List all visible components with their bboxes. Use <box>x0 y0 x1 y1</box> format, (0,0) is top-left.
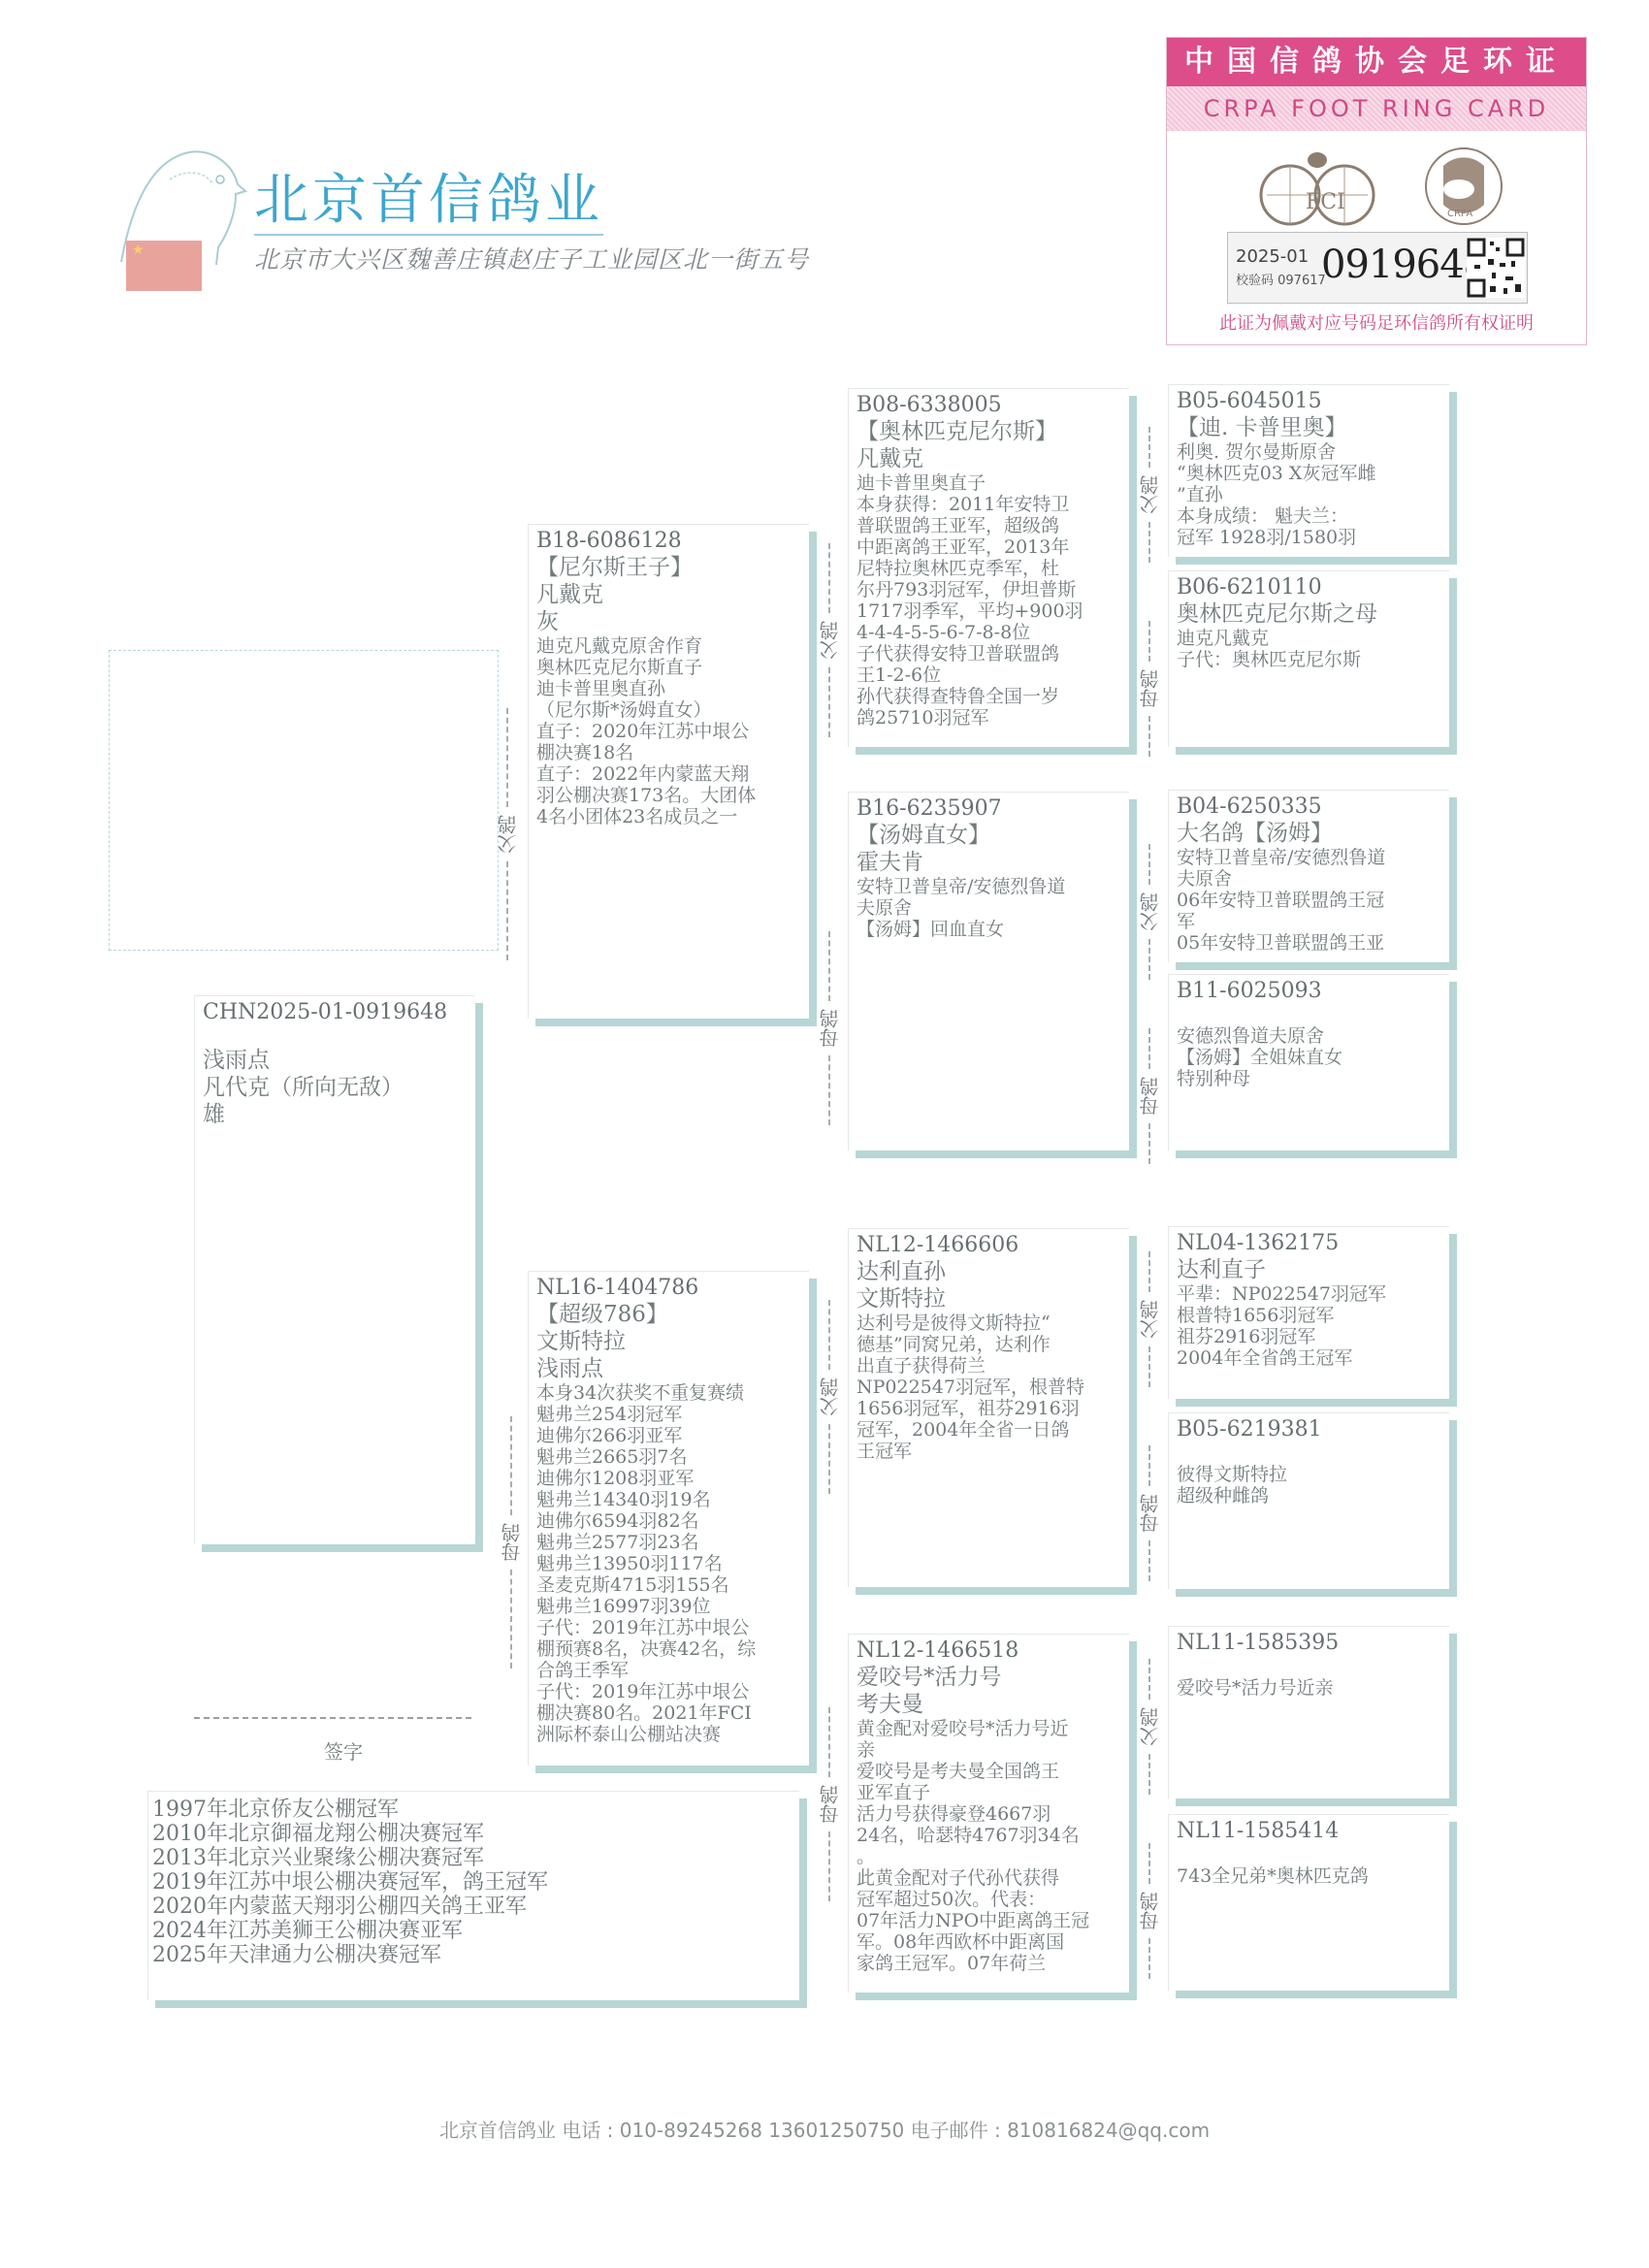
dam-sire-note: 出直子获得荷兰 <box>857 1355 1121 1377</box>
gen3-note: 利奥. 贺尔曼斯原舍 <box>1177 441 1441 463</box>
sire-connector: 父鸽 <box>493 708 522 960</box>
dam-sire-note: 冠军，2004年全省一日鸽 <box>857 1419 1121 1441</box>
achievement-item: 2020年内蒙蓝天翔羽公棚四关鸽王亚军 <box>152 1895 795 1919</box>
gen3-connector: 母鸽 <box>1135 1843 1164 1979</box>
gen3-ring-number: B11-6025093 <box>1177 979 1441 1004</box>
subject-ring-number: CHN2025-01-0919648 <box>203 1000 468 1025</box>
dam-note: 魁弗兰2577羽23名 <box>536 1532 801 1553</box>
gen3-connector: 父鸽 <box>1135 1659 1164 1795</box>
foot-ring-card: 中国信鸽协会足环证 CRPA FOOT RING CARD FCI CRPA 2… <box>1166 37 1587 345</box>
dam-dam-connector: 母鸽 <box>815 1707 844 1901</box>
gen3-note: 祖芬2916羽冠军 <box>1177 1326 1441 1347</box>
gen3-note: 爱咬号*活力号近亲 <box>1177 1677 1441 1699</box>
gen3-connector: 父鸽 <box>1135 844 1164 980</box>
sire-dam-note: 安特卫普皇帝/安德烈鲁道 <box>857 876 1121 897</box>
sire-color: 灰 <box>536 608 801 635</box>
gen3-ring-number: NL11-1585395 <box>1177 1631 1441 1656</box>
sire-strain: 凡戴克 <box>536 581 801 608</box>
company-name: 北京首信鸽业 <box>254 170 603 236</box>
dam-label: 母鸽 <box>498 1515 526 1570</box>
dam-name: 【超级786】 <box>536 1301 801 1328</box>
gen3-card-7: NL11-1585395 爱咬号*活力号近亲 <box>1168 1626 1449 1798</box>
gen3-note: 06年安特卫普联盟鸽王冠 <box>1177 890 1441 911</box>
qr-code-icon <box>1467 238 1525 298</box>
sire-card: B18-6086128 【尼尔斯王子】 凡戴克 灰 迪克凡戴克原舍作育 奥林匹克… <box>528 524 809 1019</box>
sire-note: 4名小团体23名成员之一 <box>536 806 801 827</box>
sire-note: 羽公棚决赛173名。大团体 <box>536 785 801 806</box>
dam-note: 魁弗兰2665羽7名 <box>536 1446 801 1468</box>
dam-sire-strain: 文斯特拉 <box>857 1285 1121 1312</box>
gen3-name: 大名鸽【汤姆】 <box>1177 820 1441 847</box>
gen3-note: “奥林匹克03 X灰冠军雌 <box>1177 463 1441 484</box>
dam-dam-note: 家鸽王冠军。07年荷兰 <box>857 1953 1121 1974</box>
gen3-note: 冠军 1928羽/1580羽 <box>1177 527 1441 548</box>
dam-card: NL16-1404786 【超级786】 文斯特拉 浅雨点 本身34次获奖不重复… <box>528 1271 809 1766</box>
dam-note: 洲际杯泰山公棚站决赛 <box>536 1724 801 1745</box>
dam-label: 母鸽 <box>1136 1884 1164 1938</box>
dam-note: 圣麦克斯4715羽155名 <box>536 1574 801 1596</box>
sire-label: 父鸽 <box>1136 468 1164 522</box>
sire-dam-strain: 霍夫肯 <box>857 849 1121 876</box>
sire-sire-note: 鸽25710羽冠军 <box>857 707 1121 729</box>
dam-dam-note: 24名，哈瑟特4767羽34名 <box>857 1825 1121 1846</box>
achievement-item: 2019年江苏中垠公棚决赛冠军，鸽王冠军 <box>152 1870 795 1895</box>
dam-sire-note: 德基”同窝兄弟，达利作 <box>857 1334 1121 1355</box>
gen3-note: 夫原舍 <box>1177 868 1441 890</box>
sire-sire-ring-number: B08-6338005 <box>857 393 1121 418</box>
dam-label: 母鸽 <box>1136 1486 1164 1540</box>
sire-label: 父鸽 <box>1136 1700 1164 1754</box>
dam-dam-note: 冠军超过50次。代表： <box>857 1889 1121 1910</box>
photo-placeholder <box>109 650 499 951</box>
achievement-item: 2024年江苏美狮王公棚决赛亚军 <box>152 1919 795 1943</box>
dam-dam-note: 爱咬号是考夫曼全国鸽王 <box>857 1761 1121 1782</box>
dam-sire-note: NP022547羽冠军，根普特 <box>857 1377 1121 1398</box>
gen3-note: ”直孙 <box>1177 484 1441 505</box>
crpa-dove-logo-icon: CRPA <box>1424 146 1503 226</box>
ring-card-footer-note: 此证为佩戴对应号码足环信鸽所有权证明 <box>1167 309 1586 335</box>
dam-note: 棚预赛8名，决赛42名，综 <box>536 1638 801 1660</box>
gen3-ring-number: NL11-1585414 <box>1177 1819 1441 1844</box>
sire-sire-note: 1717羽季军，平均+900羽 <box>857 600 1121 622</box>
sire-note: 直子：2020年江苏中垠公 <box>536 721 801 742</box>
ring-card-title-en: CRPA FOOT RING CARD <box>1167 86 1586 131</box>
achievement-item: 1997年北京侨友公棚冠军 <box>152 1798 795 1822</box>
sire-sire-note: 尔丹793羽冠军，伊坦普斯 <box>857 579 1121 600</box>
dam-sire-name: 达利直孙 <box>857 1258 1121 1285</box>
sire-dam-note: 夫原舍 <box>857 897 1121 919</box>
gen3-note: 迪克凡戴克 <box>1177 628 1441 649</box>
dam-dam-card: NL12-1466518 爱咬号*活力号 考夫曼 黄金配对爱咬号*活力号近 亲 … <box>848 1634 1129 1993</box>
sire-sire-note: 子代获得安特卫普联盟鸽 <box>857 643 1121 664</box>
sire-note: 直子：2022年内蒙蓝天翔 <box>536 763 801 785</box>
sire-label: 父鸽 <box>816 1370 844 1424</box>
dam-strain: 文斯特拉 <box>536 1328 801 1355</box>
china-flag-icon: ★ <box>126 241 202 291</box>
sire-note: （尼尔斯*汤姆直女） <box>536 699 801 721</box>
dam-dam-note: 活力号获得豪登4667羽 <box>857 1803 1121 1825</box>
sire-ring-number: B18-6086128 <box>536 529 801 554</box>
achievement-item: 2010年北京御福龙翔公棚决赛冠军 <box>152 1822 795 1846</box>
gen3-name: 达利直子 <box>1177 1256 1441 1283</box>
sire-sire-note: 普联盟鸽王亚军，超级鸽 <box>857 515 1121 536</box>
dam-dam-note: 亲 <box>857 1739 1121 1761</box>
dam-note: 魁弗兰16997羽39位 <box>536 1596 801 1617</box>
sire-note: 奥林匹克尼尔斯直子 <box>536 657 801 678</box>
contact-footer: 北京首信鸽业 电话 : 010-89245268 13601250750 电子邮… <box>0 2115 1649 2143</box>
dam-dam-note: 此黄金配对子代孙代获得 <box>857 1867 1121 1889</box>
sire-dam-connector: 母鸽 <box>815 931 844 1125</box>
sire-label: 父鸽 <box>1136 885 1164 939</box>
sire-label: 父鸽 <box>1136 1292 1164 1346</box>
gen3-note: 本身成绩： 魁夫兰： <box>1177 505 1441 527</box>
ring-number-panel: 2025-01 校验码 097617 0919648 <box>1227 232 1528 304</box>
sire-name: 【尼尔斯王子】 <box>536 554 801 581</box>
dam-note: 魁弗兰13950羽117名 <box>536 1553 801 1574</box>
sire-note: 迪卡普里奥直孙 <box>536 678 801 699</box>
gen3-note: 特别种母 <box>1177 1068 1441 1089</box>
gen3-card-1: B05-6045015 【迪. 卡普里奥】 利奥. 贺尔曼斯原舍 “奥林匹克03… <box>1168 384 1449 557</box>
gen3-card-8: NL11-1585414 743全兄弟*奥林匹克鸽 <box>1168 1814 1449 1991</box>
svg-text:FCI: FCI <box>1306 190 1345 214</box>
gen3-connector: 父鸽 <box>1135 427 1164 563</box>
dam-note: 魁弗兰254羽冠军 <box>536 1404 801 1425</box>
dam-note: 合鸽王季军 <box>536 1660 801 1681</box>
dam-note: 迪佛尔266羽亚军 <box>536 1425 801 1446</box>
dam-dam-name: 爱咬号*活力号 <box>857 1664 1121 1691</box>
achievement-item: 2013年北京兴业聚缘公棚决赛冠军 <box>152 1846 795 1870</box>
sire-label: 父鸽 <box>494 807 522 861</box>
achievements-panel: 1997年北京侨友公棚冠军 2010年北京御福龙翔公棚决赛冠军 2013年北京兴… <box>147 1791 799 2000</box>
gen3-note: 05年安特卫普联盟鸽王亚 <box>1177 932 1441 954</box>
dam-sire-ring-number: NL12-1466606 <box>857 1233 1121 1258</box>
dam-sire-note: 达利号是彼得文斯特拉“ <box>857 1312 1121 1334</box>
dam-connector: 母鸽 <box>497 1416 526 1669</box>
gen3-note: 彼得文斯特拉 <box>1177 1464 1441 1485</box>
sire-sire-name: 【奥林匹克尼尔斯】 <box>857 418 1121 445</box>
dam-label: 母鸽 <box>1136 1069 1164 1123</box>
gen3-ring-number: NL04-1362175 <box>1177 1231 1441 1256</box>
gen3-note: 【汤姆】全姐妹直女 <box>1177 1047 1441 1068</box>
sire-sire-connector: 父鸽 <box>815 543 844 737</box>
gen3-connector: 母鸽 <box>1135 1445 1164 1581</box>
dam-dam-ring-number: NL12-1466518 <box>857 1638 1121 1664</box>
dam-label: 母鸽 <box>816 1001 844 1055</box>
sire-dam-card: B16-6235907 【汤姆直女】 霍夫肯 安特卫普皇帝/安德烈鲁道 夫原舍 … <box>848 792 1129 1150</box>
gen3-connector: 父鸽 <box>1135 1251 1164 1387</box>
gen3-card-2: B06-6210110 奥林匹克尼尔斯之母 迪克凡戴克 子代：奥林匹克尼尔斯 <box>1168 570 1449 747</box>
gen3-name: 奥林匹克尼尔斯之母 <box>1177 600 1441 628</box>
dam-dam-note: 。 <box>857 1846 1121 1867</box>
dam-color: 浅雨点 <box>536 1355 801 1382</box>
sire-dam-ring-number: B16-6235907 <box>857 796 1121 822</box>
sire-label: 父鸽 <box>816 613 844 667</box>
ring-check-code: 校验码 097617 <box>1236 270 1326 288</box>
company-address: 北京市大兴区魏善庄镇赵庄子工业园区北一街五号 <box>254 241 809 275</box>
gen3-note: 2004年全省鸽王冠军 <box>1177 1347 1441 1369</box>
ring-card-title-cn: 中国信鸽协会足环证 <box>1167 38 1586 86</box>
dam-sire-connector: 父鸽 <box>815 1300 844 1494</box>
gen3-card-5: NL04-1362175 达利直子 平辈：NP022547羽冠军 根普特1656… <box>1168 1226 1449 1399</box>
signature-line <box>194 1717 471 1719</box>
sire-note: 迪克凡戴克原舍作育 <box>536 635 801 657</box>
gen3-note: 743全兄弟*奥林匹克鸽 <box>1177 1865 1441 1887</box>
subject-bird-card: CHN2025-01-0919648 浅雨点 凡代克（所向无敌） 雄 <box>194 995 475 1544</box>
gen3-ring-number: B05-6045015 <box>1177 389 1441 414</box>
gen3-ring-number: B06-6210110 <box>1177 575 1441 600</box>
gen3-ring-number: B04-6250335 <box>1177 794 1441 820</box>
gen3-note: 安特卫普皇帝/安德烈鲁道 <box>1177 847 1441 868</box>
dam-dam-note: 黄金配对爱咬号*活力号近 <box>857 1718 1121 1739</box>
gen3-card-6: B05-6219381 彼得文斯特拉 超级种雌鸽 <box>1168 1412 1449 1589</box>
dam-sire-card: NL12-1466606 达利直孙 文斯特拉 达利号是彼得文斯特拉“ 德基”同窝… <box>848 1228 1129 1587</box>
ring-number: 0919648 <box>1321 243 1487 287</box>
achievement-item: 2025年天津通力公棚决赛冠军 <box>152 1943 795 1967</box>
fci-globe-logo-icon: FCI <box>1259 145 1375 227</box>
dam-dam-note: 07年活力NPO中距离鸽王冠 <box>857 1910 1121 1931</box>
gen3-ring-number: B05-6219381 <box>1177 1417 1441 1442</box>
sire-sire-note: 王1-2-6位 <box>857 664 1121 686</box>
ring-date: 2025-01 <box>1236 246 1309 267</box>
gen3-connector: 母鸽 <box>1135 621 1164 757</box>
sire-sire-note: 迪卡普里奥直子 <box>857 472 1121 494</box>
dam-note: 棚决赛80名。2021年FCI <box>536 1702 801 1724</box>
dam-note: 迪佛尔1208羽亚军 <box>536 1468 801 1489</box>
gen3-card-4: B11-6025093 安德烈鲁道夫原舍 【汤姆】全姐妹直女 特别种母 <box>1168 974 1449 1150</box>
gen3-note: 超级种雌鸽 <box>1177 1485 1441 1507</box>
signature-label: 签字 <box>324 1736 363 1765</box>
dam-sire-note: 1656羽冠军，祖芬2916羽 <box>857 1398 1121 1419</box>
sire-dam-name: 【汤姆直女】 <box>857 822 1121 849</box>
sire-sire-note: 孙代获得查特鲁全国一岁 <box>857 686 1121 707</box>
gen3-name: 【迪. 卡普里奥】 <box>1177 414 1441 441</box>
sire-sire-note: 本身获得：2011年安特卫 <box>857 494 1121 515</box>
dam-dam-note: 亚军直子 <box>857 1782 1121 1803</box>
gen3-card-3: B04-6250335 大名鸽【汤姆】 安特卫普皇帝/安德烈鲁道 夫原舍 06年… <box>1168 790 1449 962</box>
sire-sire-note: 中距离鸽王亚军，2013年 <box>857 536 1121 558</box>
sire-sire-strain: 凡戴克 <box>857 445 1121 472</box>
dam-label: 母鸽 <box>1136 662 1164 716</box>
sire-note: 棚决赛18名 <box>536 742 801 763</box>
svg-text:CRPA: CRPA <box>1447 209 1472 219</box>
dam-note: 子代：2019年江苏中垠公 <box>536 1617 801 1638</box>
sire-dam-note: 【汤姆】回血直女 <box>857 919 1121 940</box>
subject-color: 浅雨点 <box>203 1047 468 1074</box>
dam-ring-number: NL16-1404786 <box>536 1276 801 1301</box>
gen3-note: 军 <box>1177 911 1441 932</box>
sire-sire-note: 4-4-4-5-5-6-7-8-8位 <box>857 622 1121 643</box>
subject-sex: 雄 <box>203 1101 468 1128</box>
gen3-connector: 母鸽 <box>1135 1028 1164 1164</box>
dam-note: 魁弗兰14340羽19名 <box>536 1489 801 1510</box>
dam-note: 本身34次获奖不重复赛绩 <box>536 1382 801 1404</box>
dam-label: 母鸽 <box>816 1777 844 1831</box>
dam-dam-strain: 考夫曼 <box>857 1691 1121 1718</box>
gen3-note: 平辈：NP022547羽冠军 <box>1177 1283 1441 1305</box>
dam-note: 子代：2019年江苏中垠公 <box>536 1681 801 1702</box>
dam-note: 迪佛尔6594羽82名 <box>536 1510 801 1532</box>
sire-sire-note: 尼特拉奥林匹克季军，杜 <box>857 558 1121 579</box>
gen3-note: 根普特1656羽冠军 <box>1177 1305 1441 1326</box>
dam-dam-note: 军。08年西欧杯中距离国 <box>857 1931 1121 1953</box>
sire-sire-card: B08-6338005 【奥林匹克尼尔斯】 凡戴克 迪卡普里奥直子 本身获得：2… <box>848 388 1129 747</box>
subject-strain: 凡代克（所向无敌） <box>203 1074 468 1101</box>
dam-sire-note: 王冠军 <box>857 1441 1121 1462</box>
gen3-note: 安德烈鲁道夫原舍 <box>1177 1025 1441 1047</box>
gen3-note: 子代：奥林匹克尼尔斯 <box>1177 649 1441 670</box>
